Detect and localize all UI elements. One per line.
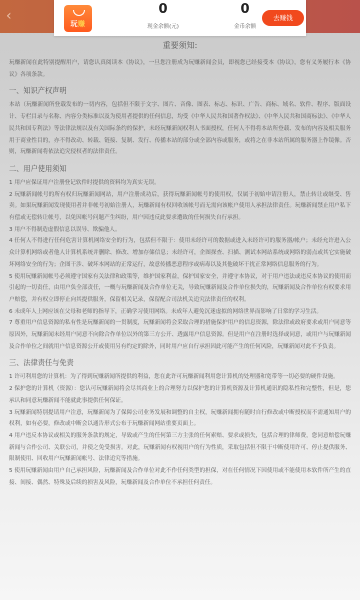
paragraph: 3 玩赚新闻特别提请用户注意，玩赚新闻为了保障公司业务发展和调整的自主权，玩赚新… xyxy=(9,408,351,431)
section-heading-ip: 一、知识产权声明 xyxy=(9,84,351,98)
paragraph: 1 用户应保证用户注册登记软件时提供的资料均为真实无误。 xyxy=(9,178,351,190)
back-button[interactable]: ‹ xyxy=(6,9,18,23)
app-logo: 玩赚 xyxy=(64,5,92,32)
section-heading-liability: 三、法律责任与免责 xyxy=(9,356,351,370)
paragraph: 4 任何人不得进行任何危害计算机网络安全的行为，包括但不限于：使用未经许可的数据… xyxy=(9,236,351,271)
cash-balance-label: 现金余额(元) xyxy=(128,22,198,30)
paragraph: 7 尊重用户信息资源的私有性是玩赚新闻的一贯制度，玩赚新闻将会采取合理的措施保护… xyxy=(9,318,351,353)
paragraph: 4 用户违反本协议或相关的服务条款的规定，导致或产生的任何第三方主张的任何索赔、… xyxy=(9,431,351,466)
earn-money-button[interactable]: 去赚钱 xyxy=(262,10,304,26)
agreement-content[interactable]: 重要须知: 玩赚新闻在此特别提醒用户，请您认真阅读本《协议》，一旦您注册成为玩赚… xyxy=(9,40,351,490)
section-heading-usage: 二、用户使用须知 xyxy=(9,162,351,176)
paragraph: 6 未成年人上网应该在父母和老师的指导下，正确学习使用网络。未成年人避免沉迷虚拟… xyxy=(9,307,351,319)
logo-text: 玩赚 xyxy=(64,19,92,29)
paragraph: 本站（玩赚新闻所登载发布的一切内容，包括但不限于文字、图片、音像、图表、标志、标… xyxy=(9,100,351,159)
smile-icon xyxy=(73,10,85,16)
paragraph: 5 使用玩赚新闻由用户自己承担风险，玩赚新闻及合作单位对此不作任何类型的担保，对… xyxy=(9,466,351,489)
paragraph: 2 玩赚新闻帐号的所有权归玩赚新闻网站，用户注册成功后，获得玩赚新闻帐号的使用权… xyxy=(9,190,351,225)
paragraph: 5 使用玩赚新闻帐号必须遵守国家有关法律和政策等，维护国家利益，保护国家安全，并… xyxy=(9,272,351,307)
cash-balance: 0 现金余额(元) xyxy=(128,2,198,30)
logo-text-left: 玩 xyxy=(71,20,79,28)
paragraph: 1 许可利用您的计算机：为了得到玩赚新闻所提供的利益，您在此许可玩赚新闻利用您计… xyxy=(9,372,351,384)
notice-intro: 玩赚新闻在此特别提醒用户，请您认真阅读本《协议》，一旦您注册成为玩赚新闻会员，即… xyxy=(9,58,351,81)
notice-title: 重要须知: xyxy=(9,40,351,51)
logo-text-right: 赚 xyxy=(78,20,86,28)
paragraph: 3 用户不得制造虚假信息以误导、欺骗他人。 xyxy=(9,225,351,237)
cash-balance-value: 0 xyxy=(128,2,198,18)
paragraph: 2 保护您的计算机（资源）：您认可玩赚新闻将会尽其商业上的合理努力以保护您的计算… xyxy=(9,384,351,407)
chevron-left-icon: ‹ xyxy=(6,8,12,24)
balance-card: 玩赚 0 现金余额(元) 0 金币余额 去赚钱 xyxy=(54,0,306,36)
